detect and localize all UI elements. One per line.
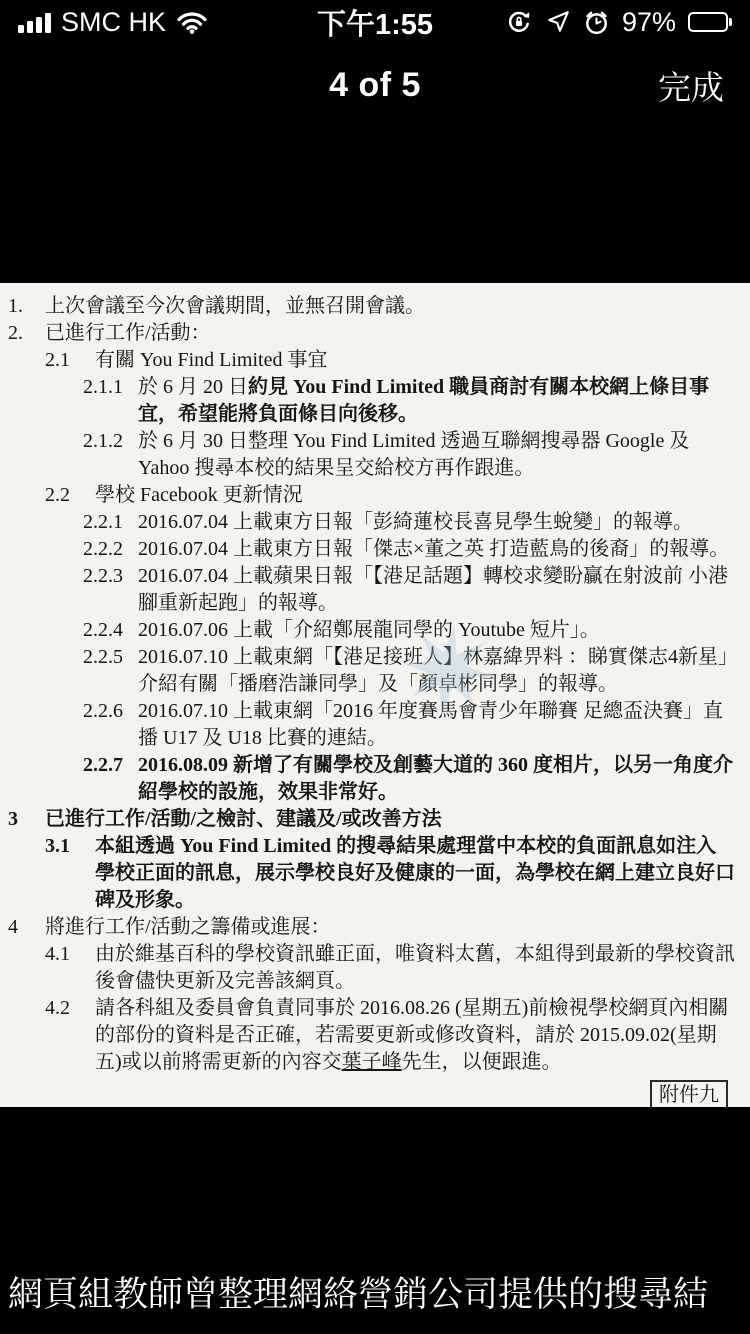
alarm-clock-icon [583, 9, 610, 36]
doc-item-text: 2016.07.04 上載東方日報「傑志×董之英 打造藍鳥的後裔」的報導。 [138, 536, 736, 563]
done-button[interactable]: 完成 [658, 52, 724, 118]
doc-text-segment: 葉子峰 [342, 1051, 402, 1073]
doc-item-number: 4 [8, 914, 45, 941]
doc-item-text: 有關 You Find Limited 事宜 [95, 347, 736, 374]
doc-item: 2.2.32016.07.04 上載蘋果日報「【港足話題】轉校求變盼贏在射波前 … [0, 563, 736, 617]
status-bar-left: SMC HK [18, 7, 278, 38]
doc-text-segment: 有關 You Find Limited 事宜 [95, 349, 327, 371]
doc-item-text: 2016.07.04 上載蘋果日報「【港足話題】轉校求變盼贏在射波前 小港腳重新… [138, 563, 736, 617]
doc-item: 2.2.72016.08.09 新增了有關學校及創藝大道的 360 度相片，以另… [0, 752, 736, 806]
caption-bar: 網頁組教師曾整理網絡營銷公司提供的搜尋結 [0, 1250, 750, 1334]
doc-item-number: 2.2.2 [83, 536, 138, 563]
doc-item: 4.1由於維基百科的學校資訊雖正面，唯資料太舊，本組得到最新的學校資訊後會儘快更… [0, 941, 736, 995]
doc-item-number: 2.2.4 [83, 617, 138, 644]
screen: SMC HK 下午1:55 [0, 0, 750, 1334]
doc-item: 2.2.42016.07.06 上載「介紹鄭展龍同學的 Youtube 短片」。 [0, 617, 736, 644]
document-items: 1.上次會議至今次會議期間，並無召開會議。2.已進行工作/活動：2.1有關 Yo… [0, 293, 736, 1076]
clock-label: 下午1:55 [278, 2, 472, 43]
doc-item: 2.1有關 You Find Limited 事宜 [0, 347, 736, 374]
doc-text-segment: 2016.08.09 新增了有關學校及創藝大道的 360 度相片，以另一角度介紹… [138, 754, 733, 803]
doc-item-number: 2.1.1 [83, 374, 138, 428]
doc-item-number: 2.2.6 [83, 698, 138, 752]
doc-item-text: 於 6 月 30 日整理 You Find Limited 透過互聯網搜尋器 G… [138, 428, 736, 482]
doc-item: 3.1本組透過 You Find Limited 的搜尋結果處理當中本校的負面訊… [0, 833, 736, 914]
caption-text: 網頁組教師曾整理網絡營銷公司提供的搜尋結 [8, 1267, 708, 1317]
doc-item-text: 已進行工作/活動： [45, 320, 736, 347]
doc-text-segment: 2016.07.04 上載東方日報「彭綺蓮校長喜見學生蛻變」的報導。 [138, 511, 693, 533]
doc-text-segment: 於 6 月 30 日整理 You Find Limited 透過互聯網搜尋器 G… [138, 430, 689, 479]
doc-item-text: 上次會議至今次會議期間，並無召開會議。 [45, 293, 736, 320]
doc-item-number: 4.1 [45, 941, 95, 995]
doc-item-number: 1. [8, 293, 45, 320]
doc-text-segment: 2016.07.04 上載東方日報「傑志×董之英 打造藍鳥的後裔」的報導。 [138, 538, 729, 560]
doc-item-number: 2.2.3 [83, 563, 138, 617]
doc-item-number: 3.1 [45, 833, 95, 914]
doc-item-text: 已進行工作/活動/之檢討、建議及/或改善方法 [45, 806, 736, 833]
document-page[interactable]: ✷ 1.上次會議至今次會議期間，並無召開會議。2.已進行工作/活動：2.1有關 … [0, 283, 750, 1107]
status-bar: SMC HK 下午1:55 [0, 0, 750, 44]
status-bar-right: 97% [472, 7, 732, 38]
attachment-label: 附件九 [650, 1080, 728, 1107]
doc-item: 4將進行工作/活動之籌備或進展： [0, 914, 736, 941]
doc-item: 2.已進行工作/活動： [0, 320, 736, 347]
doc-text-segment: 先生，以便跟進。 [402, 1051, 562, 1073]
doc-item-text: 2016.07.10 上載東網「【港足接班人】林嘉緯畀料 ：睇實傑志4新星」介紹… [138, 644, 736, 698]
nav-bar: 4 of 5 完成 [0, 52, 750, 118]
doc-item-number: 2.1 [45, 347, 95, 374]
cellular-signal-icon [18, 11, 51, 33]
doc-item-number: 4.2 [45, 995, 95, 1076]
doc-text-segment: 2016.07.10 上載東網「【港足接班人】林嘉緯畀料 ：睇實傑志4新星」介紹… [138, 646, 728, 695]
orientation-lock-icon [505, 8, 533, 36]
doc-item-text: 2016.08.09 新增了有關學校及創藝大道的 360 度相片，以另一角度介紹… [138, 752, 736, 806]
doc-item-text: 請各科組及委員會負責同事於 2016.08.26 (星期五)前檢視學校網頁內相關… [95, 995, 736, 1076]
doc-item-text: 於 6 月 20 日約見 You Find Limited 職員商討有關本校網上… [138, 374, 736, 428]
doc-item: 2.1.1於 6 月 20 日約見 You Find Limited 職員商討有… [0, 374, 736, 428]
doc-item: 3已進行工作/活動/之檢討、建議及/或改善方法 [0, 806, 736, 833]
doc-text-segment: 上次會議至今次會議期間，並無召開會議。 [45, 295, 425, 317]
wifi-icon [176, 10, 208, 34]
doc-text-segment: 本組透過 You Find Limited 的搜尋結果處理當中本校的負面訊息如注… [95, 835, 735, 911]
doc-text-segment: 由於維基百科的學校資訊雖正面，唯資料太舊，本組得到最新的學校資訊後會儘快更新及完… [95, 943, 735, 992]
page-indicator: 4 of 5 [329, 66, 421, 105]
attachment-row: 附件九 [0, 1080, 736, 1107]
doc-item: 2.2.62016.07.10 上載東網「2016 年度賽馬會青少年聯賽 足總盃… [0, 698, 736, 752]
doc-item-text: 2016.07.10 上載東網「2016 年度賽馬會青少年聯賽 足總盃決賽」直播… [138, 698, 736, 752]
doc-item-text: 學校 Facebook 更新情況 [95, 482, 736, 509]
doc-item-number: 3 [8, 806, 45, 833]
doc-item: 4.2請各科組及委員會負責同事於 2016.08.26 (星期五)前檢視學校網頁… [0, 995, 736, 1076]
doc-text-segment: 於 6 月 20 日 [138, 376, 248, 398]
doc-item-number: 2.2.7 [83, 752, 138, 806]
battery-percent-label: 97% [622, 7, 676, 38]
doc-item: 2.1.2於 6 月 30 日整理 You Find Limited 透過互聯網… [0, 428, 736, 482]
doc-item: 2.2學校 Facebook 更新情況 [0, 482, 736, 509]
doc-item-number: 2.1.2 [83, 428, 138, 482]
doc-item-text: 2016.07.04 上載東方日報「彭綺蓮校長喜見學生蛻變」的報導。 [138, 509, 736, 536]
doc-item-number: 2.2.1 [83, 509, 138, 536]
doc-item-text: 本組透過 You Find Limited 的搜尋結果處理當中本校的負面訊息如注… [95, 833, 736, 914]
doc-item-text: 將進行工作/活動之籌備或進展： [45, 914, 736, 941]
doc-text-segment: 2016.07.04 上載蘋果日報「【港足話題】轉校求變盼贏在射波前 小港腳重新… [138, 565, 728, 614]
doc-item: 2.2.52016.07.10 上載東網「【港足接班人】林嘉緯畀料 ：睇實傑志4… [0, 644, 736, 698]
location-arrow-icon [545, 9, 571, 35]
doc-text-segment: 2016.07.06 上載「介紹鄭展龍同學的 Youtube 短片」。 [138, 619, 600, 641]
doc-text-segment: 將進行工作/活動之籌備或進展： [45, 916, 331, 938]
doc-item-text: 由於維基百科的學校資訊雖正面，唯資料太舊，本組得到最新的學校資訊後會儘快更新及完… [95, 941, 736, 995]
doc-item-text: 2016.07.06 上載「介紹鄭展龍同學的 Youtube 短片」。 [138, 617, 736, 644]
carrier-label: SMC HK [61, 7, 166, 38]
doc-text-segment: 2016.07.10 上載東網「2016 年度賽馬會青少年聯賽 足總盃決賽」直播… [138, 700, 723, 749]
doc-item: 2.2.22016.07.04 上載東方日報「傑志×董之英 打造藍鳥的後裔」的報… [0, 536, 736, 563]
doc-item: 2.2.12016.07.04 上載東方日報「彭綺蓮校長喜見學生蛻變」的報導。 [0, 509, 736, 536]
doc-item-number: 2.2.5 [83, 644, 138, 698]
doc-item: 1.上次會議至今次會議期間，並無召開會議。 [0, 293, 736, 320]
doc-item-number: 2.2 [45, 482, 95, 509]
doc-text-segment: 已進行工作/活動： [45, 322, 211, 344]
battery-icon [688, 12, 732, 32]
doc-text-segment: 已進行工作/活動/之檢討、建議及/或改善方法 [45, 808, 442, 830]
doc-item-number: 2. [8, 320, 45, 347]
doc-text-segment: 學校 Facebook 更新情況 [95, 484, 303, 506]
